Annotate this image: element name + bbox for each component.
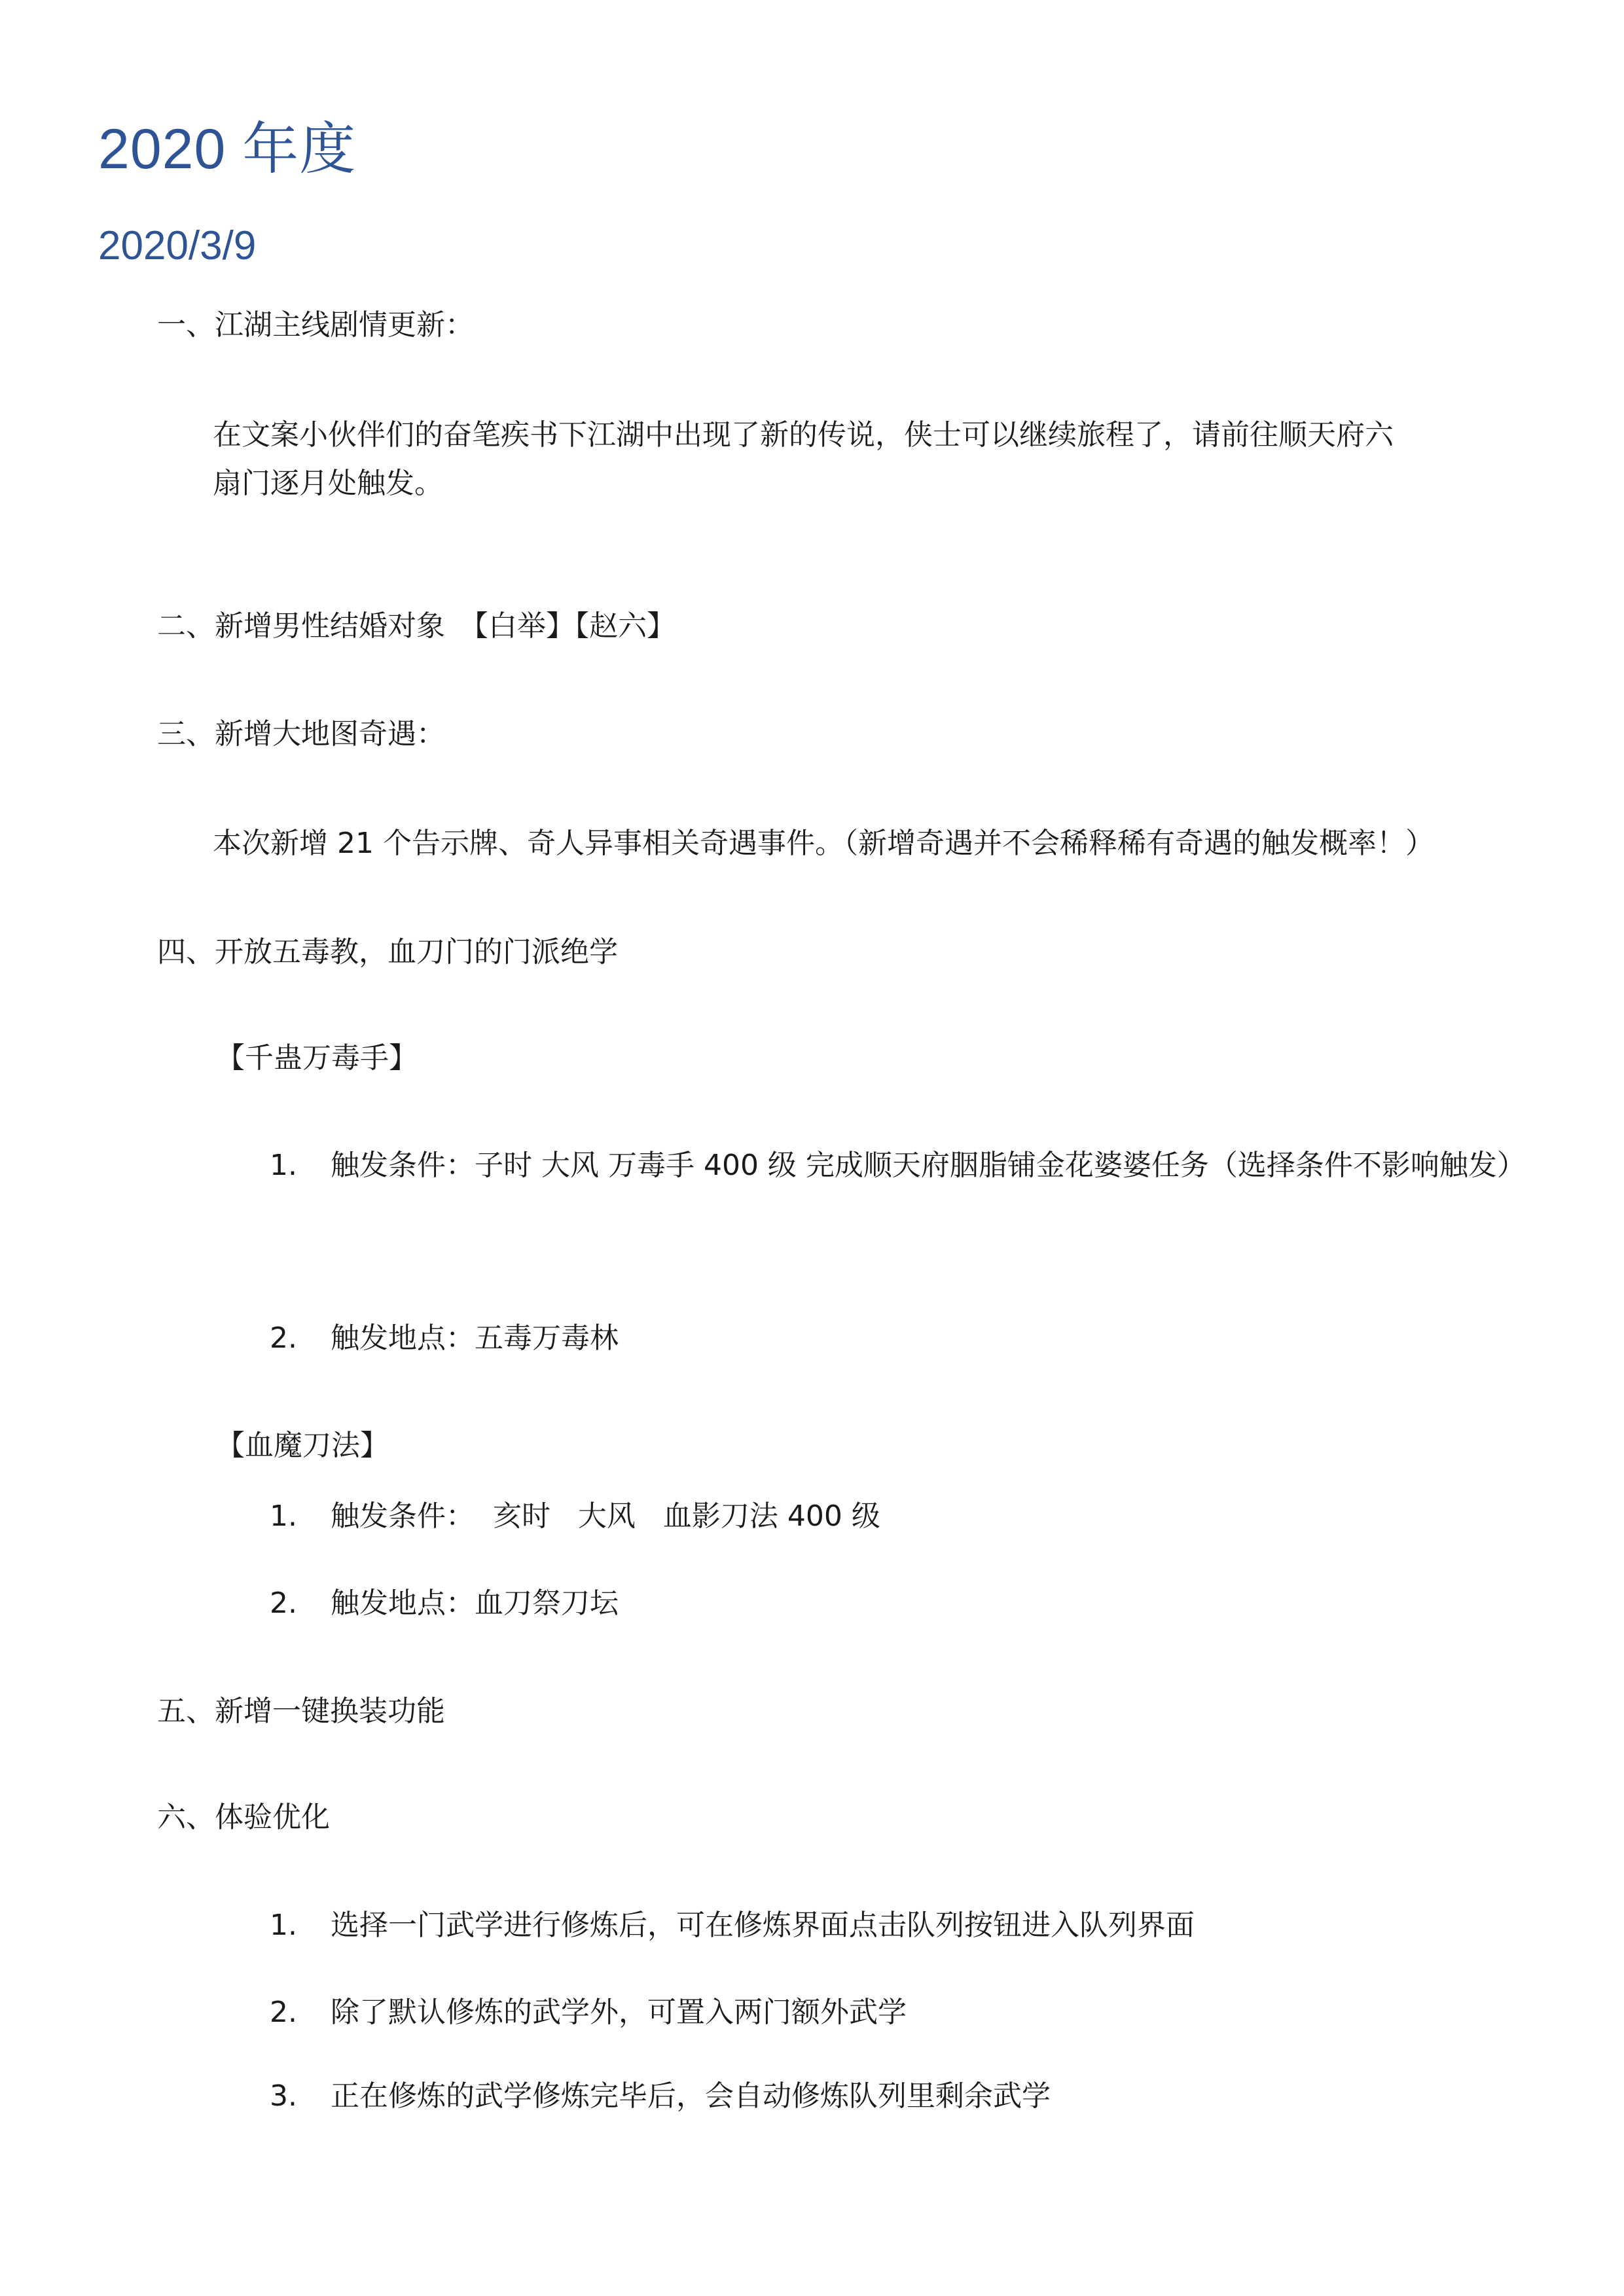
list-item: 除了默认修炼的武学外，可置入两门额外武学 <box>331 1988 907 2037</box>
list-number: 3. <box>270 2072 297 2121</box>
list-item: 正在修炼的武学修炼完毕后，会自动修炼队列里剩余武学 <box>331 2072 1051 2121</box>
list-number: 1. <box>270 1141 297 1190</box>
list-item: 触发地点：血刀祭刀坛 <box>331 1579 619 1628</box>
subsection-title-qiangu: 【千蛊万毒手】 <box>216 1034 418 1083</box>
list-number: 2. <box>270 1314 297 1363</box>
section-heading-5: 五、新增一键换装功能 <box>157 1687 445 1736</box>
section-paragraph-3: 本次新增 21 个告示牌、奇人异事相关奇遇事件。（新增奇遇并不会稀释稀有奇遇的触… <box>213 819 1434 868</box>
subsection-title-xuemo: 【血魔刀法】 <box>216 1422 389 1470</box>
list-item: 触发条件： 亥时 大风 血影刀法 400 级 <box>331 1492 880 1541</box>
date-heading: 2020/3/9 <box>98 223 256 269</box>
list-item: 选择一门武学进行修炼后，可在修炼界面点击队列按钮进入队列界面 <box>331 1901 1195 1950</box>
section-heading-1: 一、江湖主线剧情更新： <box>157 301 474 350</box>
section-paragraph-1: 在文案小伙伴们的奋笔疾书下江湖中出现了新的传说，侠士可以继续旅程了，请前往顺天府… <box>213 411 1411 508</box>
document-title: 2020 年度 <box>98 103 356 185</box>
section-heading-3: 三、新增大地图奇遇： <box>157 710 445 759</box>
list-number: 1. <box>270 1492 297 1541</box>
list-number: 1. <box>270 1901 297 1950</box>
section-heading-2: 二、新增男性结婚对象 【白举】【赵六】 <box>157 602 676 651</box>
section-heading-4: 四、开放五毒教，血刀门的门派绝学 <box>157 928 618 977</box>
section-heading-6: 六、体验优化 <box>157 1793 330 1842</box>
list-number: 2. <box>270 1988 297 2037</box>
list-number: 2. <box>270 1579 297 1628</box>
list-item: 触发条件：子时 大风 万毒手 400 级 完成顺天府胭脂铺金花婆婆任务（选择条件… <box>331 1141 1535 1190</box>
list-item: 触发地点：五毒万毒林 <box>331 1314 619 1363</box>
